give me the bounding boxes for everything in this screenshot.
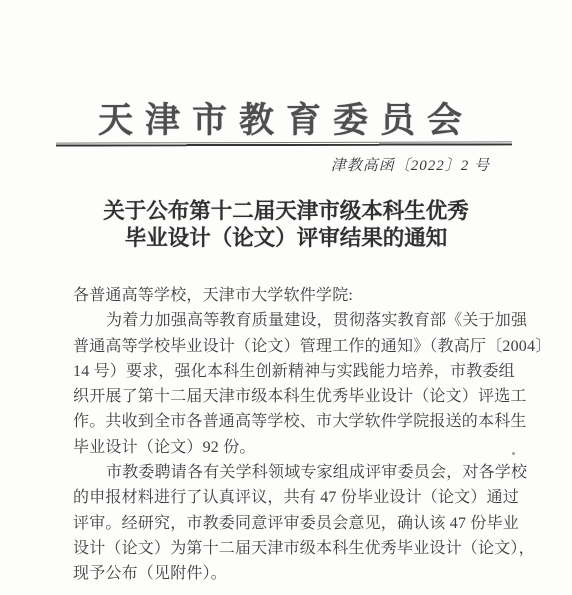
notice-body: 各普通高等学校，天津市大学软件学院: 为着力加强高等教育质量建设，贯彻落实教育部… (73, 283, 523, 587)
scan-artifact-speck (512, 452, 515, 455)
body-line: 市教委聘请各有关学科领域专家组成评审委员会，对各学校 (73, 460, 523, 485)
body-line: 评审。经研究，市教委同意评审委员会意见，确认该 47 份毕业 (73, 511, 523, 536)
body-line: 设计（论文）为第十二届天津市级本科生优秀毕业设计（论文）， (73, 536, 523, 561)
body-line: 作。共收到全市各普通高等学校、市大学软件学院报送的本科生 (73, 409, 523, 434)
salutation-line: 各普通高等学校，天津市大学软件学院: (73, 283, 523, 308)
body-line: 的申报材料进行了认真评议，共有 47 份毕业设计（论文）通过 (73, 485, 523, 510)
notice-title: 关于公布第十二届天津市级本科生优秀 毕业设计（论文）评审结果的通知 (0, 198, 572, 252)
document-reference-number: 津教高函〔2022〕2 号 (0, 154, 490, 175)
letterhead-org-name: 天津市教育委员会 (0, 93, 572, 143)
scanned-notice-page: { "letterhead": { "org_name": "天津市教育委员会"… (0, 0, 572, 595)
letterhead-divider-rule (56, 141, 512, 146)
notice-title-line-1: 关于公布第十二届天津市级本科生优秀 (0, 198, 572, 225)
body-line: 织开展了第十二届天津市级本科生优秀毕业设计（论文）评选工 (73, 384, 523, 409)
body-line: 普通高等学校毕业设计（论文）管理工作的通知》（教高厅〔2004〕 (73, 334, 523, 359)
notice-title-line-2: 毕业设计（论文）评审结果的通知 (0, 225, 572, 252)
body-line: 为着力加强高等教育质量建设，贯彻落实教育部《关于加强 (73, 308, 523, 333)
body-line: 毕业设计（论文）92 份。 (73, 435, 523, 460)
body-line: 14 号）要求，强化本科生创新精神与实践能力培养，市教委组 (73, 359, 523, 384)
body-line: 现予公布（见附件）。 (73, 561, 523, 586)
